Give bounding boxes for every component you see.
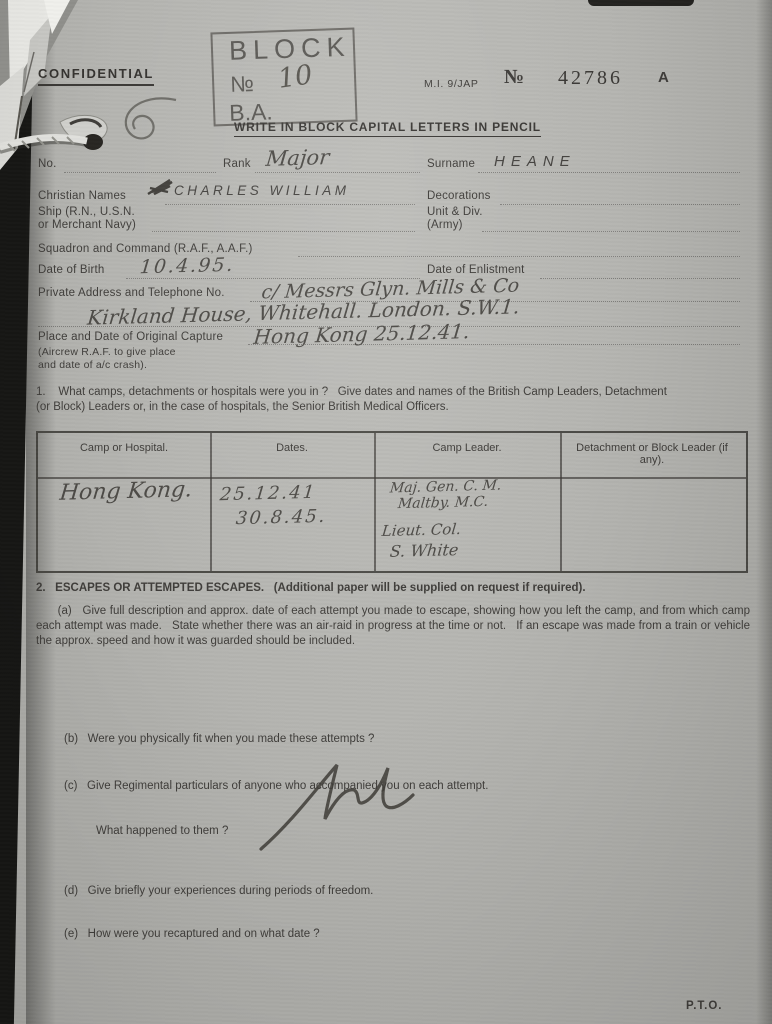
field-rank-label: Rank [223, 158, 251, 170]
field-dob-label: Date of Birth [38, 264, 105, 276]
table-header-leader: Camp Leader. [374, 442, 560, 454]
table-cell-date-1: 25.12.41 [219, 482, 317, 506]
field-capture-label: Place and Date of Original Capture [38, 331, 223, 343]
field-no-label: No. [38, 158, 57, 170]
confidential-marking: CONFIDENTIAL [38, 66, 154, 86]
form-reference: M.I. 9/JAP [424, 78, 478, 90]
field-capture-note-2: and date of a/c crash). [38, 359, 147, 371]
field-surname-value: HEANE [494, 153, 576, 170]
top-edge-tear [588, 0, 694, 6]
field-dob-value: 10.4.95. [139, 254, 236, 278]
stamp-number-handwritten: 10 [276, 59, 314, 94]
field-christian-label: Christian Names [38, 190, 126, 202]
field-decorations-line [500, 204, 740, 205]
field-unit-label-2: (Army) [427, 219, 463, 231]
field-rank-line [255, 172, 420, 173]
block-capitals-instruction: WRITE IN BLOCK CAPITAL LETTERS IN PENCIL [234, 120, 541, 137]
table-cell-leader-2: Maltby. M.C. [397, 494, 489, 512]
table-cell-leader-4: S. White [389, 540, 459, 561]
question-1-line-1: 1. What camps, detachments or hospitals … [36, 385, 750, 400]
serial-no-symbol: № [504, 66, 524, 89]
question-2e: (e) How were you recaptured and on what … [64, 927, 320, 942]
field-enlistment-line [540, 278, 740, 279]
field-rank-value: Major [265, 145, 331, 171]
field-decorations-label: Decorations [427, 190, 491, 202]
field-address-label: Private Address and Telephone No. [38, 287, 225, 299]
table-header-dates: Dates. [210, 442, 374, 454]
question-2d: (d) Give briefly your experiences during… [64, 884, 373, 899]
scanned-pow-questionnaire: CONFIDENTIAL BLOCK № 10 B.A. M.I. 9/JAP … [0, 0, 772, 1024]
camp-table: Camp or Hospital. Dates. Camp Leader. De… [36, 431, 748, 573]
field-ship-line [152, 231, 415, 232]
table-header-detachment: Detachment or Block Leader (if any). [572, 442, 732, 466]
table-header-camp: Camp or Hospital. [38, 442, 210, 454]
field-unit-label-1: Unit & Div. [427, 206, 483, 218]
field-surname-line [478, 172, 740, 173]
section-2a-text: (a) Give full description and approx. da… [36, 604, 750, 649]
stamp-no-label: № [230, 71, 255, 98]
serial-number: 42786 [558, 67, 623, 90]
table-cell-camp: Hong Kong. [59, 477, 194, 505]
question-1-line-2: (or Block) Leaders or, in the case of ho… [36, 400, 750, 415]
pencil-scribble-curl [118, 92, 188, 152]
field-christian-value: CHARLES WILLIAM [174, 183, 350, 198]
field-ship-label-1: Ship (R.N., U.S.N. [38, 206, 135, 218]
block-number-stamp: BLOCK № 10 B.A. [210, 28, 357, 127]
question-2c-followup: What happened to them ? [96, 824, 228, 839]
field-no-line [64, 172, 216, 173]
field-squadron-line [298, 256, 740, 257]
table-divider-3 [560, 433, 562, 571]
pto-marking: P.T.O. [686, 999, 722, 1014]
question-2b: (b) Were you physically fit when you mad… [64, 732, 374, 747]
table-cell-leader-3: Lieut. Col. [381, 520, 462, 540]
field-unit-line [482, 231, 740, 232]
field-surname-label: Surname [427, 158, 475, 170]
serial-suffix: A [658, 69, 670, 86]
field-christian-line [165, 204, 415, 205]
field-capture-note-1: (Aircrew R.A.F. to give place [38, 346, 176, 358]
table-cell-date-2: 30.8.45. [235, 506, 328, 529]
handwritten-nil-answer [255, 755, 425, 855]
field-ship-label-2: or Merchant Navy) [38, 219, 136, 231]
pencil-scribble-mark [146, 178, 176, 198]
section-2-heading: 2. ESCAPES OR ATTEMPTED ESCAPES. (Additi… [36, 581, 750, 596]
